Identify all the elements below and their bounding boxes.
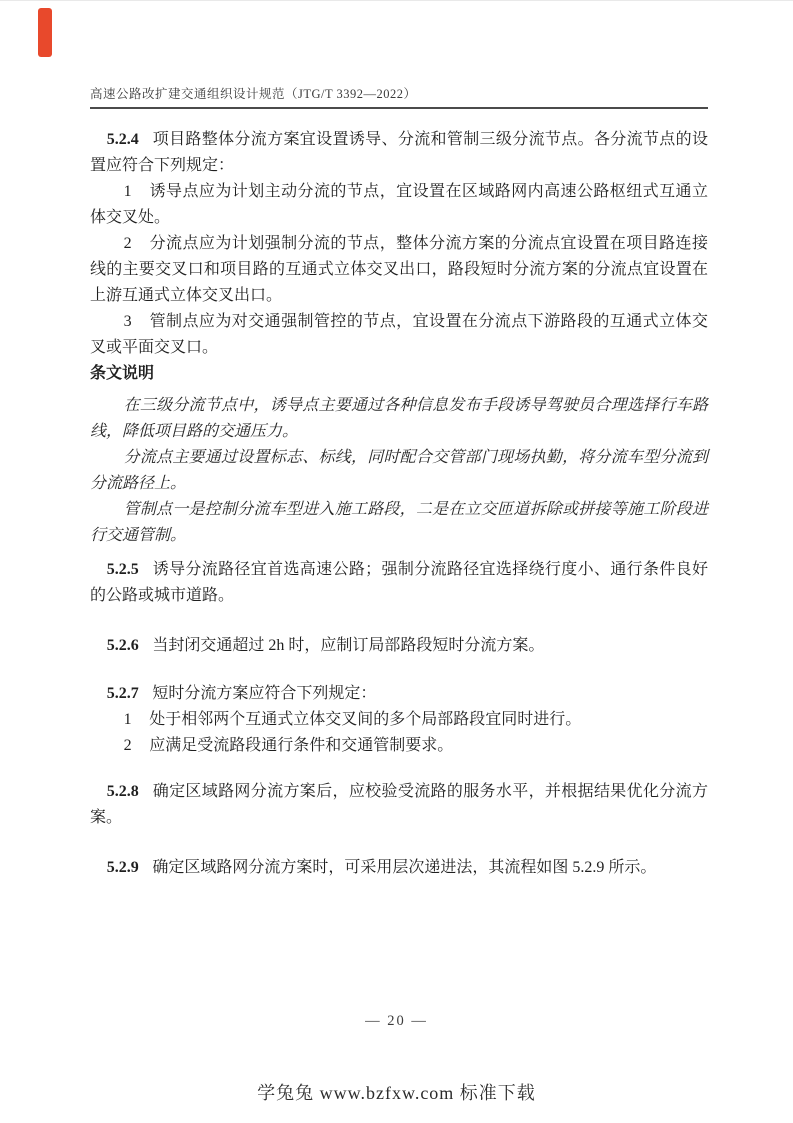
item-number: 3 (124, 313, 150, 330)
clause-5-2-4-number: 5.2.4 (107, 131, 153, 148)
document-page: 高速公路改扩建交通组织设计规范（JTG/T 3392—2022） 5.2.4项目… (0, 0, 793, 1123)
running-head-title: 高速公路改扩建交通组织设计规范（JTG/T 3392—2022） (90, 85, 708, 103)
item-number: 1 (124, 711, 150, 728)
commentary-paragraph-2: 分流点主要通过设置标志、标线，同时配合交管部门现场执勤，将分流车型分流到分流路径… (90, 445, 708, 497)
item-text: 分流点应为计划强制分流的节点，整体分流方案的分流点宜设置在项目路连接线的主要交叉… (90, 235, 708, 304)
page-number: — 20 — (0, 1013, 793, 1030)
item-text: 应满足受流路段通行条件和交通管制要求。 (149, 737, 453, 754)
clause-5-2-4: 5.2.4项目路整体分流方案宜设置诱导、分流和管制三级分流节点。各分流节点的设置… (90, 127, 708, 179)
clause-5-2-9: 5.2.9确定区域路网分流方案时，可采用层次递进法，其流程如图 5.2.9 所示… (90, 855, 708, 881)
item-number: 2 (124, 235, 150, 252)
clause-5-2-8-number: 5.2.8 (107, 783, 153, 800)
clause-5-2-4-item-1: 1诱导点应为计划主动分流的节点，宜设置在区域路网内高速公路枢纽式互通立体交叉处。 (90, 179, 708, 231)
clause-5-2-4-item-2: 2分流点应为计划强制分流的节点，整体分流方案的分流点宜设置在项目路连接线的主要交… (90, 231, 708, 309)
clause-5-2-6: 5.2.6当封闭交通超过 2h 时，应制订局部路段短时分流方案。 (90, 633, 708, 659)
clause-5-2-7-item-1: 1处于相邻两个互通式立体交叉间的多个局部路段宜同时进行。 (90, 707, 708, 733)
commentary-paragraph-3: 管制点一是控制分流车型进入施工路段，二是在立交匝道拆除或拼接等施工阶段进行交通管… (90, 497, 708, 549)
clause-5-2-8: 5.2.8确定区域路网分流方案后，应校验受流路的服务水平，并根据结果优化分流方案… (90, 779, 708, 831)
watermark-text: 学兔兔 www.bzfxw.com 标准下载 (0, 1079, 793, 1105)
clause-5-2-4-item-3: 3管制点应为对交通强制管控的节点，宜设置在分流点下游路段的互通式立体交叉或平面交… (90, 309, 708, 361)
header-rule (90, 107, 708, 109)
clause-5-2-5: 5.2.5诱导分流路径宜首选高速公路；强制分流路径宜选择绕行度小、通行条件良好的… (90, 557, 708, 609)
clause-5-2-7-item-2: 2应满足受流路段通行条件和交通管制要求。 (90, 733, 708, 759)
clause-5-2-6-number: 5.2.6 (107, 637, 153, 654)
page-body: 5.2.4项目路整体分流方案宜设置诱导、分流和管制三级分流节点。各分流节点的设置… (90, 127, 708, 881)
item-text: 诱导点应为计划主动分流的节点，宜设置在区域路网内高速公路枢纽式互通立体交叉处。 (90, 183, 708, 226)
commentary-paragraph-1: 在三级分流节点中，诱导点主要通过各种信息发布手段诱导驾驶员合理选择行车路线，降低… (90, 393, 708, 445)
clause-5-2-4-text: 项目路整体分流方案宜设置诱导、分流和管制三级分流节点。各分流节点的设置应符合下列… (90, 131, 708, 174)
item-text: 处于相邻两个互通式立体交叉间的多个局部路段宜同时进行。 (149, 711, 581, 728)
clause-5-2-9-number: 5.2.9 (107, 859, 153, 876)
clause-5-2-7-number: 5.2.7 (107, 685, 153, 702)
clause-5-2-7: 5.2.7短时分流方案应符合下列规定： (90, 681, 708, 707)
commentary-heading: 条文说明 (90, 361, 708, 387)
clause-5-2-8-text: 确定区域路网分流方案后，应校验受流路的服务水平，并根据结果优化分流方案。 (90, 783, 708, 826)
clause-5-2-5-text: 诱导分流路径宜首选高速公路；强制分流路径宜选择绕行度小、通行条件良好的公路或城市… (90, 561, 708, 604)
clause-5-2-5-number: 5.2.5 (107, 561, 153, 578)
clause-5-2-6-text: 当封闭交通超过 2h 时，应制订局部路段短时分流方案。 (152, 637, 544, 654)
clause-5-2-7-text: 短时分流方案应符合下列规定： (152, 685, 376, 702)
red-highlight-mark (38, 8, 52, 57)
clause-5-2-9-text: 确定区域路网分流方案时，可采用层次递进法，其流程如图 5.2.9 所示。 (152, 859, 656, 876)
item-number: 2 (124, 737, 150, 754)
item-number: 1 (124, 183, 150, 200)
page-header: 高速公路改扩建交通组织设计规范（JTG/T 3392—2022） (90, 85, 708, 109)
item-text: 管制点应为对交通强制管控的节点，宜设置在分流点下游路段的互通式立体交叉或平面交叉… (90, 313, 708, 356)
